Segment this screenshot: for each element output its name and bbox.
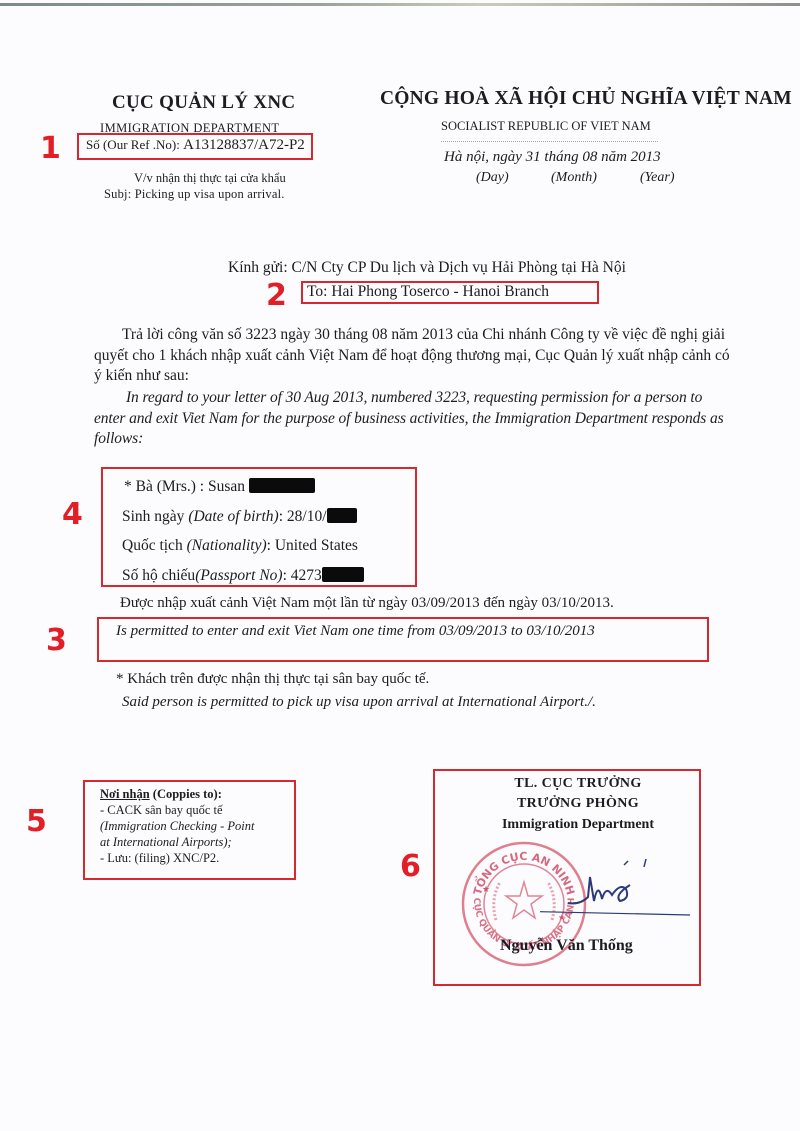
annotation-marker-4: 4: [62, 500, 83, 530]
date-day-label: (Day): [476, 170, 509, 186]
body-paragraph-vn: Trả lời công văn số 3223 ngày 30 tháng 0…: [94, 325, 734, 387]
annotation-box-3: [97, 617, 709, 662]
body-paragraph-en: In regard to your letter of 30 Aug 2013,…: [94, 388, 734, 450]
scan-top-edge: [0, 3, 800, 6]
issuer-title: CỤC QUẢN LÝ XNC: [112, 92, 295, 114]
annotation-marker-5: 5: [26, 807, 47, 837]
annotation-box-2: [301, 281, 599, 304]
subject-vn: V/v nhận thị thực tại cửa khẩu: [134, 171, 286, 186]
date-year-label: (Year): [640, 170, 675, 186]
annotation-marker-6: 6: [400, 852, 421, 882]
annotation-box-5: [83, 780, 296, 880]
subject-en: Subj: Picking up visa upon arrival.: [104, 187, 285, 202]
issue-date: Hà nội, ngày 31 tháng 08 năm 2013: [444, 149, 661, 166]
permission-vn: Được nhập xuất cảnh Việt Nam một lần từ …: [120, 595, 614, 612]
annotation-marker-3: 3: [46, 626, 67, 656]
date-month-label: (Month): [551, 170, 597, 186]
annotation-marker-1: 1: [40, 134, 61, 164]
header-divider: [441, 141, 658, 142]
addressee-vn: Kính gửi: C/N Cty CP Du lịch và Dịch vụ …: [228, 259, 626, 277]
annotation-box-4: [101, 467, 417, 587]
visa-pickup-en: Said person is permitted to pick up visa…: [122, 694, 596, 711]
country-title: CỘNG HOÀ XÃ HỘI CHỦ NGHĨA VIỆT NAM: [380, 88, 792, 110]
annotation-box-1: [77, 133, 313, 160]
annotation-box-6: [433, 769, 701, 986]
country-subtitle: SOCIALIST REPUBLIC OF VIET NAM: [441, 119, 651, 134]
annotation-marker-2: 2: [266, 281, 287, 311]
visa-pickup-vn: * Khách trên được nhận thị thực tại sân …: [116, 671, 429, 688]
